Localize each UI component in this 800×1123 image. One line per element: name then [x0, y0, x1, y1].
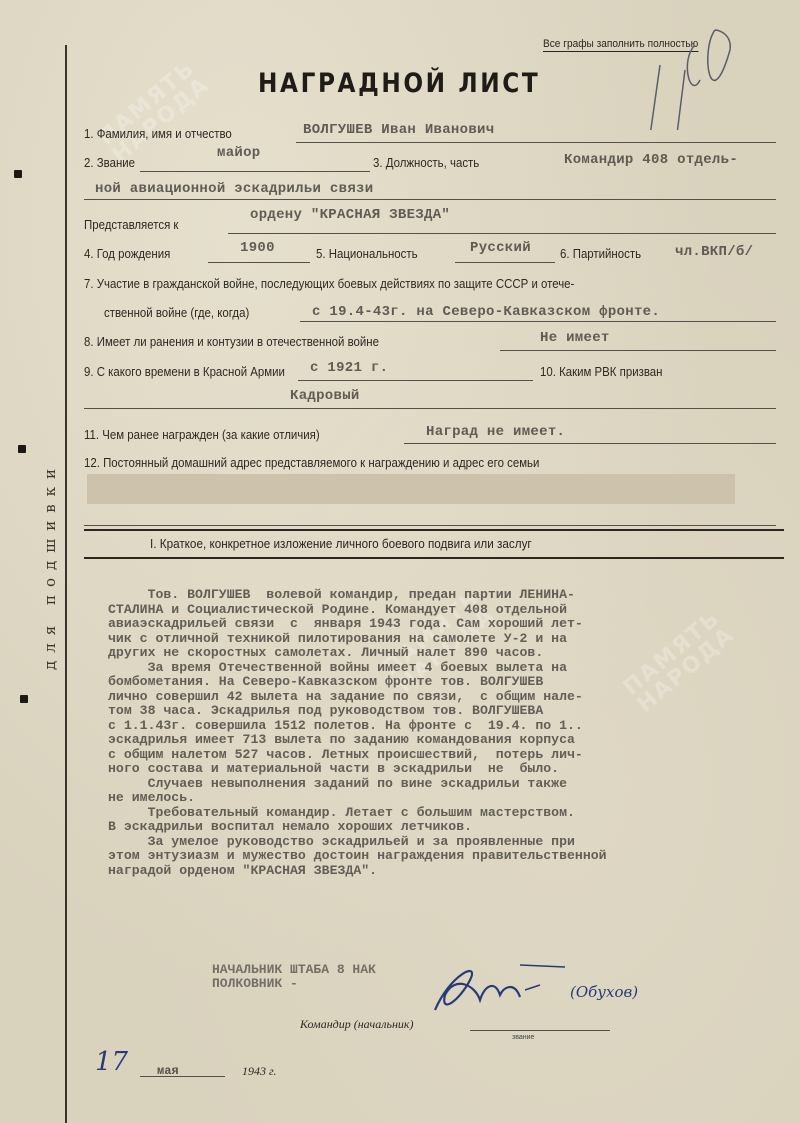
merit-text-line: том 38 часа. Эскадрилья под руководством…	[108, 704, 778, 719]
section-heading: I. Краткое, конкретное изложение личного…	[150, 536, 532, 551]
signatory-title: НАЧАЛЬНИК ШТАБА 8 НАК ПОЛКОВНИК -	[212, 963, 376, 991]
nominated-value: ордену "КРАСНАЯ ЗВЕЗДА"	[250, 207, 450, 223]
merit-text-line: В эскадрильи воспитал немало хороших лет…	[108, 820, 778, 835]
field-11-line	[404, 443, 776, 444]
field-8-value: Не имеет	[540, 330, 610, 346]
field-7-line	[300, 321, 776, 322]
merit-text-line: Требовательный командир. Летает с больши…	[108, 806, 778, 821]
merit-text-line: За умелое руководство эскадрильей и за п…	[108, 835, 778, 850]
binding-hole	[20, 695, 28, 703]
date-month: мая	[157, 1064, 179, 1078]
field-2-value: майор	[217, 145, 261, 161]
merit-text-line: Тов. ВОЛГУШЕВ волевой командир, предан п…	[108, 588, 778, 603]
binding-hole	[18, 445, 26, 453]
signatory-line-2: ПОЛКОВНИК -	[212, 976, 298, 991]
signatory-line-1: НАЧАЛЬНИК ШТАБА 8 НАК	[212, 962, 376, 977]
merit-text-line: других не скоростных самолетах. Личный н…	[108, 646, 778, 661]
date-day: 17	[95, 1047, 128, 1077]
merit-text-line: эскадрилья имеет 713 вылета по заданию к…	[108, 733, 778, 748]
rank-line	[470, 1030, 610, 1031]
signatory-caption: Командир (начальник)	[300, 1017, 414, 1032]
signatory-name: (Обухов)	[570, 983, 638, 1001]
field-3-label: 3. Должность, часть	[373, 155, 479, 170]
field-1-label: 1. Фамилия, имя и отчество	[84, 126, 232, 141]
watermark: ПАМЯТЬ НАРОДА	[95, 57, 214, 167]
field-12-line	[84, 525, 776, 526]
document-title: НАГРАДНОЙ ЛИСТ	[258, 68, 540, 99]
field-8-label: 8. Имеет ли ранения и контузии в отечест…	[84, 334, 379, 349]
award-sheet: ПАМЯТЬ НАРОДА ПАМЯТЬ НАРОДА ПАМЯТЬ НАРОД…	[0, 0, 800, 1123]
field-6-label: 6. Партийность	[560, 246, 641, 261]
merit-text-line: не имелось.	[108, 791, 778, 806]
date-year: 1943 г.	[242, 1064, 277, 1079]
field-12-label: 12. Постоянный домашний адрес представля…	[84, 455, 539, 470]
merit-text-line: лично совершил 42 вылета на задание по с…	[108, 690, 778, 705]
merit-text-line: этом энтузиазм и мужество достоин награж…	[108, 849, 778, 864]
merit-text-line: бомбометания. На Северо-Кавказском фронт…	[108, 675, 778, 690]
merit-text-line: наградой орденом "КРАСНАЯ ЗВЕЗДА".	[108, 864, 778, 879]
merit-text-line: СТАЛИНА и Социалистической Родине. Коман…	[108, 603, 778, 618]
field-10-value: Кадровый	[290, 388, 360, 404]
section-rule-top	[84, 529, 784, 531]
field-1-line	[296, 142, 776, 143]
field-10-label: 10. Каким РВК призван	[540, 364, 662, 379]
field-5-line	[455, 262, 555, 263]
field-5-label: 5. Национальность	[316, 246, 418, 261]
field-7-label: 7. Участие в гражданской войне, последую…	[84, 276, 574, 291]
field-7-value: с 19.4-43г. на Северо-Кавказском фронте.	[312, 304, 660, 320]
date-month-line	[140, 1076, 225, 1077]
field-4-line	[208, 262, 310, 263]
field-4-value: 1900	[240, 240, 275, 256]
field-3-line	[84, 199, 776, 200]
handwritten-number	[640, 20, 750, 130]
field-10-line	[84, 408, 776, 409]
nominated-label: Представляется к	[84, 217, 178, 232]
field-8-line	[500, 350, 776, 351]
field-3-value-line1: Командир 408 отдель-	[564, 152, 738, 168]
merit-text-line: авиаэскадрильей связи с января 1943 года…	[108, 617, 778, 632]
binding-label: для подшивки	[38, 420, 62, 710]
merit-text-line: чик с отличной техникой пилотирования на…	[108, 632, 778, 647]
merit-text-line: ного состава и материальной части в эска…	[108, 762, 778, 777]
field-2-label: 2. Звание	[84, 155, 135, 170]
field-9-line	[298, 380, 533, 381]
field-11-label: 11. Чем ранее награжден (за какие отличи…	[84, 427, 320, 442]
merit-text-line: с общим налетом 527 часов. Летных происш…	[108, 748, 778, 763]
merit-description: Тов. ВОЛГУШЕВ волевой командир, предан п…	[108, 588, 778, 878]
field-11-value: Наград не имеет.	[426, 424, 565, 440]
field-5-value: Русский	[470, 240, 531, 256]
merit-text-line: Случаев невыполнения заданий по вине эск…	[108, 777, 778, 792]
field-4-label: 4. Год рождения	[84, 246, 170, 261]
field-7-label-cont: ственной войне (где, когда)	[104, 305, 249, 320]
field-1-value: ВОЛГУШЕВ Иван Иванович	[303, 122, 494, 138]
field-3-value-line2: ной авиационной эскадрильи связи	[95, 181, 373, 197]
merit-text-line: За время Отечественной войны имеет 4 бое…	[108, 661, 778, 676]
redacted-address	[87, 474, 735, 504]
nominated-line	[228, 233, 776, 234]
section-rule-bottom	[84, 557, 784, 559]
rank-caption: звание	[512, 1034, 534, 1041]
field-6-value: чл.ВКП/б/	[675, 244, 753, 260]
field-2-line	[140, 171, 370, 172]
merit-text-line: с 1.1.43г. совершила 1512 полетов. На фр…	[108, 719, 778, 734]
field-9-label: 9. С какого времени в Красной Армии	[84, 364, 285, 379]
binding-margin-line	[65, 45, 67, 1123]
field-9-value: с 1921 г.	[310, 360, 388, 376]
binding-hole	[14, 170, 22, 178]
